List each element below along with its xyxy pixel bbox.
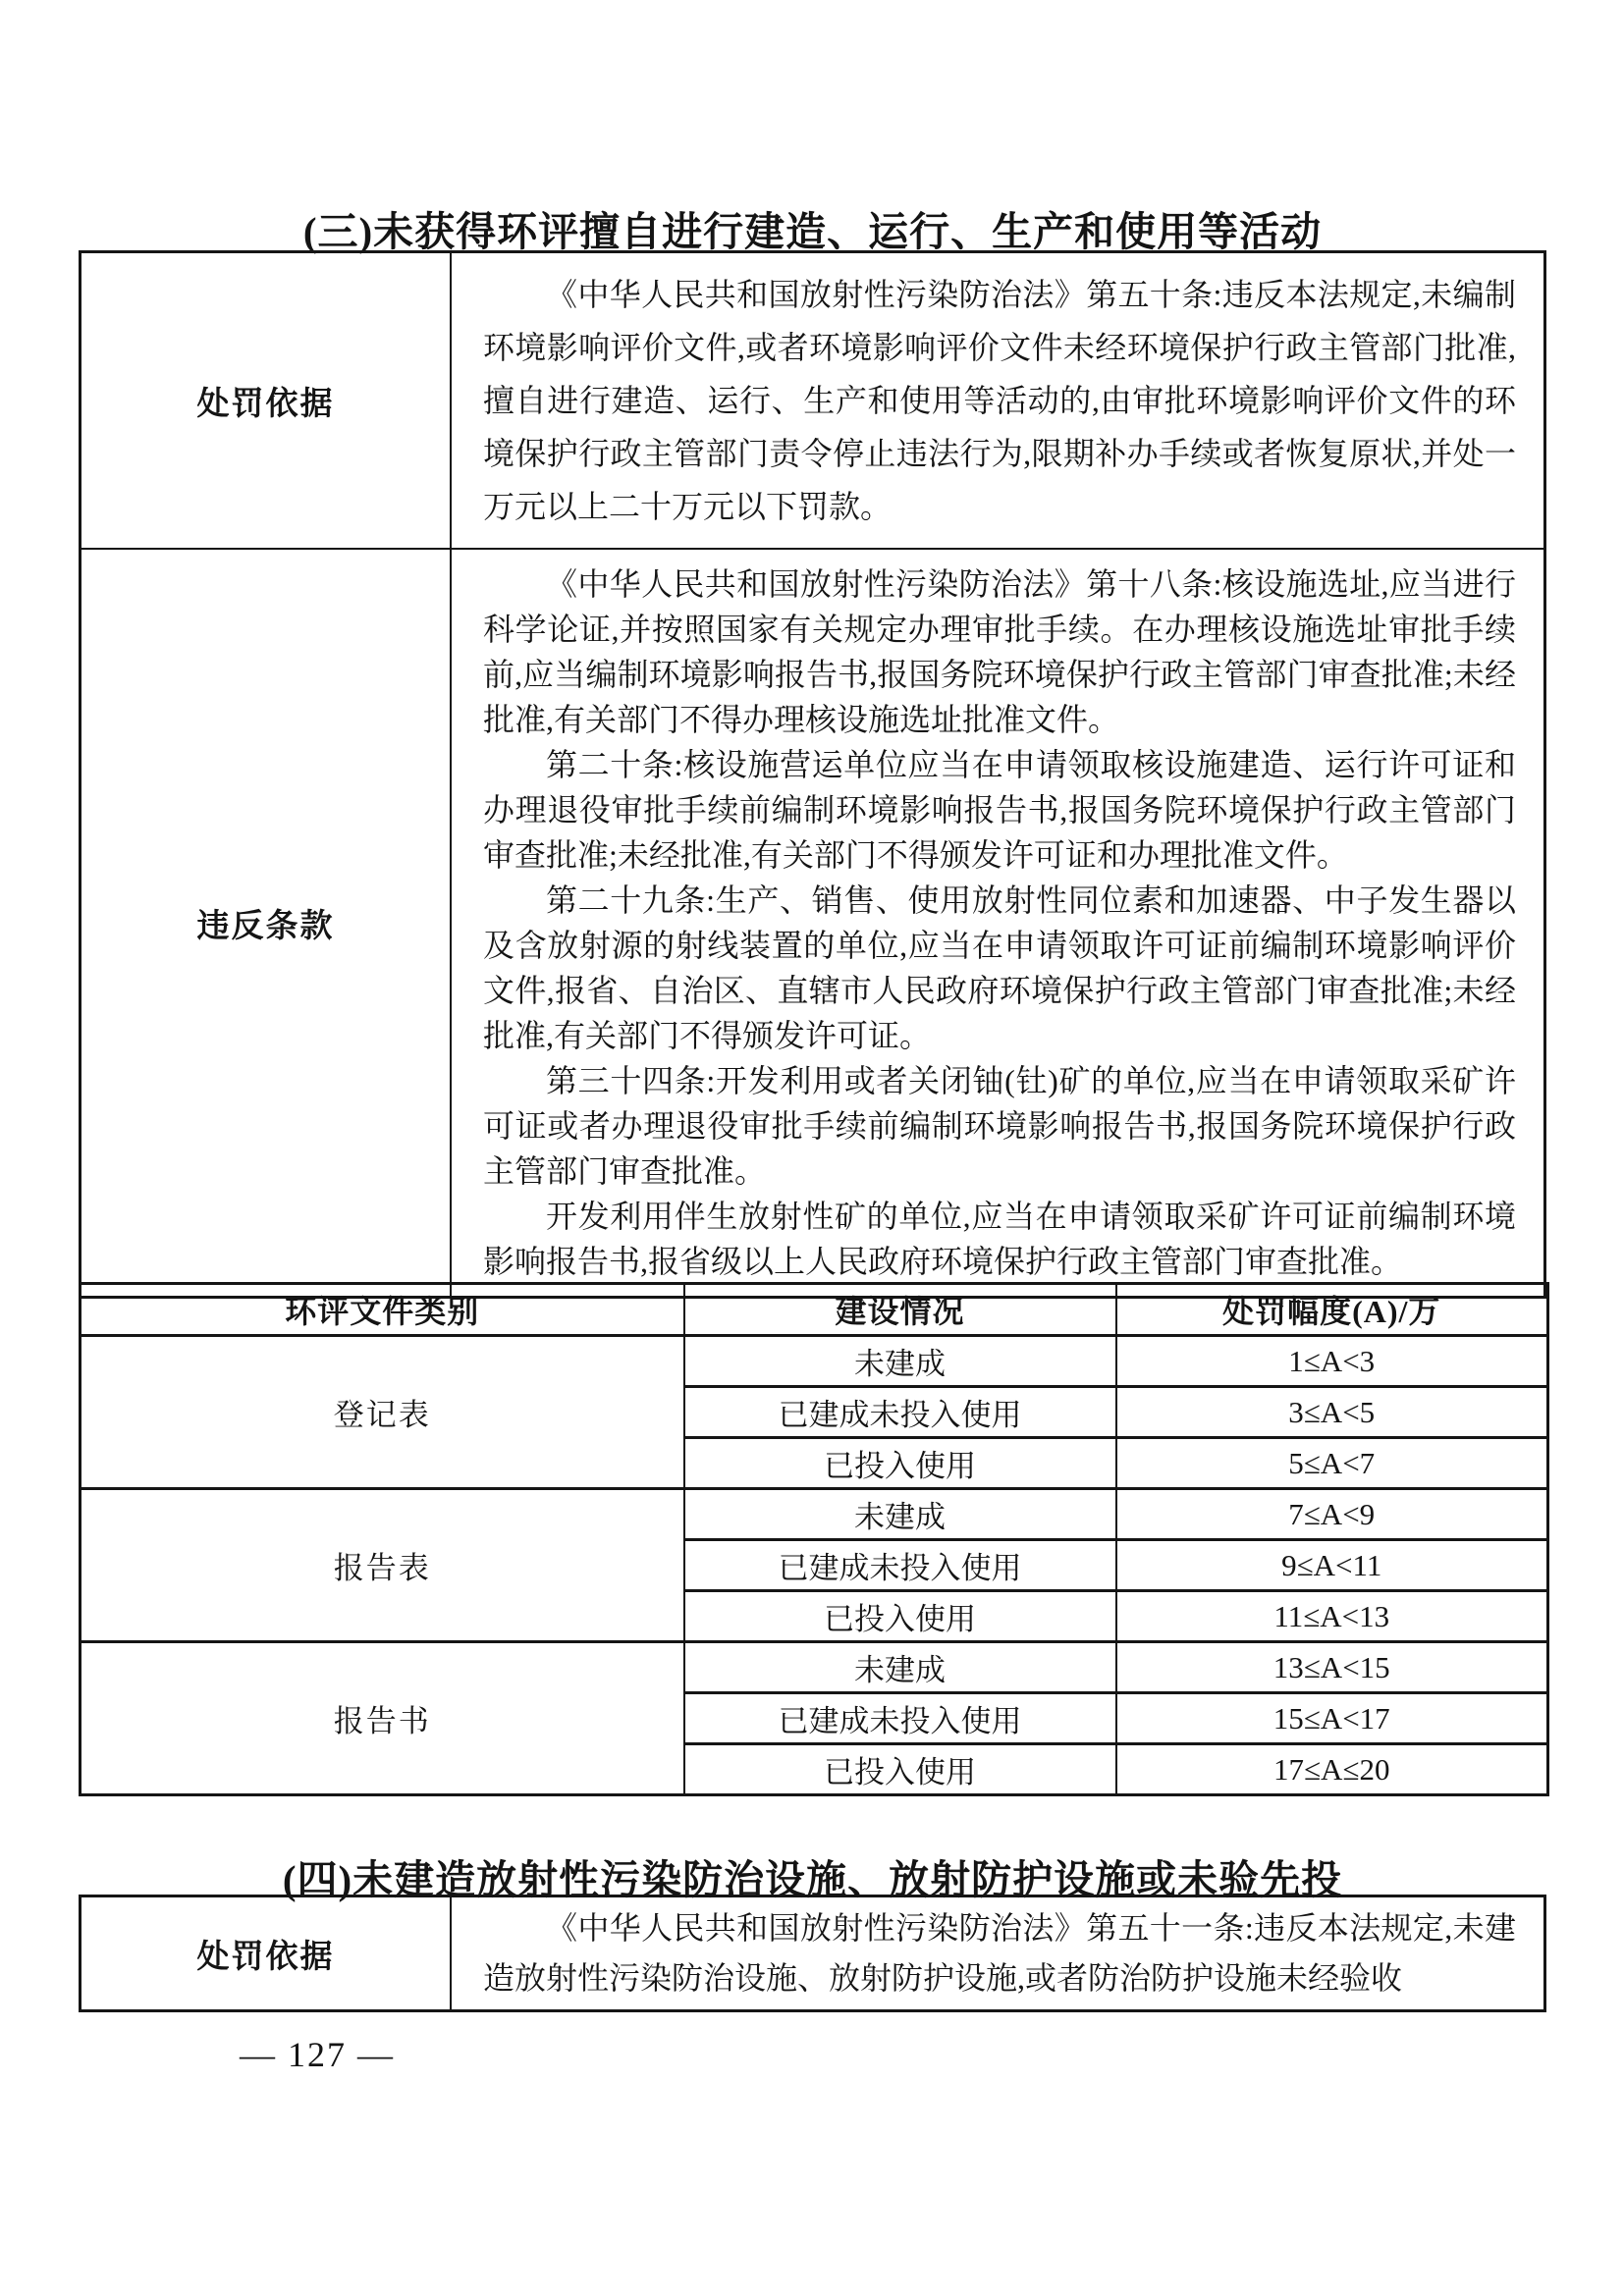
- penalty-range-cell: 9≤A<11: [1116, 1540, 1548, 1591]
- section-3-law-table: 处罚依据 《中华人民共和国放射性污染防治法》第五十条:违反本法规定,未编制环境影…: [79, 250, 1546, 1299]
- table-row: 处罚依据 《中华人民共和国放射性污染防治法》第五十一条:违反本法规定,未建造放射…: [81, 1896, 1545, 2011]
- construction-status-cell: 已投入使用: [684, 1591, 1116, 1642]
- section-3-title: (三)未获得环评擅自进行建造、运行、生产和使用等活动: [79, 199, 1546, 257]
- paragraph: 《中华人民共和国放射性污染防治法》第五十条:违反本法规定,未编制环境影响评价文件…: [483, 268, 1516, 533]
- eia-document-type-cell: 报告书: [81, 1642, 684, 1795]
- paragraph: 开发利用伴生放射性矿的单位,应当在申请领取采矿许可证前编制环境影响报告书,报省级…: [483, 1194, 1516, 1284]
- penalty-range-cell: 17≤A≤20: [1116, 1744, 1548, 1795]
- violated-clauses-label: 违反条款: [81, 549, 452, 1298]
- penalty-range-cell: 7≤A<9: [1116, 1489, 1548, 1540]
- construction-status-cell: 已建成未投入使用: [684, 1387, 1116, 1438]
- penalty-range-cell: 11≤A<13: [1116, 1591, 1548, 1642]
- penalty-table-row: 报告表未建成7≤A<9: [81, 1489, 1548, 1540]
- construction-status-cell: 已建成未投入使用: [684, 1693, 1116, 1744]
- penalty-range-table: 环评文件类别 建设情况 处罚幅度(A)/万 登记表未建成1≤A<3已建成未投入使…: [79, 1282, 1549, 1796]
- construction-status-cell: 未建成: [684, 1642, 1116, 1693]
- eia-document-type-cell: 报告表: [81, 1489, 684, 1642]
- document-page: (三)未获得环评擅自进行建造、运行、生产和使用等活动 处罚依据 《中华人民共和国…: [0, 0, 1624, 2296]
- construction-status-cell: 未建成: [684, 1489, 1116, 1540]
- paragraph: 《中华人民共和国放射性污染防治法》第十八条:核设施选址,应当进行科学论证,并按照…: [483, 561, 1516, 742]
- penalty-range-cell: 3≤A<5: [1116, 1387, 1548, 1438]
- penalty-basis-label: 处罚依据: [81, 252, 452, 550]
- penalty-table-row: 登记表未建成1≤A<3: [81, 1336, 1548, 1387]
- construction-status-cell: 已投入使用: [684, 1438, 1116, 1489]
- header-construction-status: 建设情况: [684, 1284, 1116, 1336]
- penalty-range-cell: 1≤A<3: [1116, 1336, 1548, 1387]
- penalty-range-cell: 5≤A<7: [1116, 1438, 1548, 1489]
- paragraph: 第三十四条:开发利用或者关闭铀(钍)矿的单位,应当在申请领取采矿许可证或者办理退…: [483, 1058, 1516, 1194]
- paragraph: 第二十条:核设施营运单位应当在申请领取核设施建造、运行许可证和办理退役审批手续前…: [483, 742, 1516, 878]
- construction-status-cell: 已建成未投入使用: [684, 1540, 1116, 1591]
- penalty-basis-content: 《中华人民共和国放射性污染防治法》第五十一条:违反本法规定,未建造放射性污染防治…: [451, 1896, 1545, 2011]
- page-number: — 127 —: [240, 2034, 395, 2075]
- penalty-table-row: 报告书未建成13≤A<15: [81, 1642, 1548, 1693]
- penalty-range-cell: 15≤A<17: [1116, 1693, 1548, 1744]
- penalty-basis-label: 处罚依据: [81, 1896, 452, 2011]
- paragraph: 《中华人民共和国放射性污染防治法》第五十一条:违反本法规定,未建造放射性污染防治…: [483, 1903, 1516, 2003]
- penalty-range-cell: 13≤A<15: [1116, 1642, 1548, 1693]
- table-row: 处罚依据 《中华人民共和国放射性污染防治法》第五十条:违反本法规定,未编制环境影…: [81, 252, 1545, 550]
- paragraph: 第二十九条:生产、销售、使用放射性同位素和加速器、中子发生器以及含放射源的射线装…: [483, 878, 1516, 1058]
- penalty-basis-content: 《中华人民共和国放射性污染防治法》第五十条:违反本法规定,未编制环境影响评价文件…: [451, 252, 1545, 550]
- eia-document-type-cell: 登记表: [81, 1336, 684, 1489]
- construction-status-cell: 未建成: [684, 1336, 1116, 1387]
- table-row: 违反条款 《中华人民共和国放射性污染防治法》第十八条:核设施选址,应当进行科学论…: [81, 549, 1545, 1298]
- penalty-table-header-row: 环评文件类别 建设情况 处罚幅度(A)/万: [81, 1284, 1548, 1336]
- header-eia-document-type: 环评文件类别: [81, 1284, 684, 1336]
- violated-clauses-content: 《中华人民共和国放射性污染防治法》第十八条:核设施选址,应当进行科学论证,并按照…: [451, 549, 1545, 1298]
- construction-status-cell: 已投入使用: [684, 1744, 1116, 1795]
- section-4-law-table: 处罚依据 《中华人民共和国放射性污染防治法》第五十一条:违反本法规定,未建造放射…: [79, 1895, 1546, 2012]
- header-penalty-range: 处罚幅度(A)/万: [1116, 1284, 1548, 1336]
